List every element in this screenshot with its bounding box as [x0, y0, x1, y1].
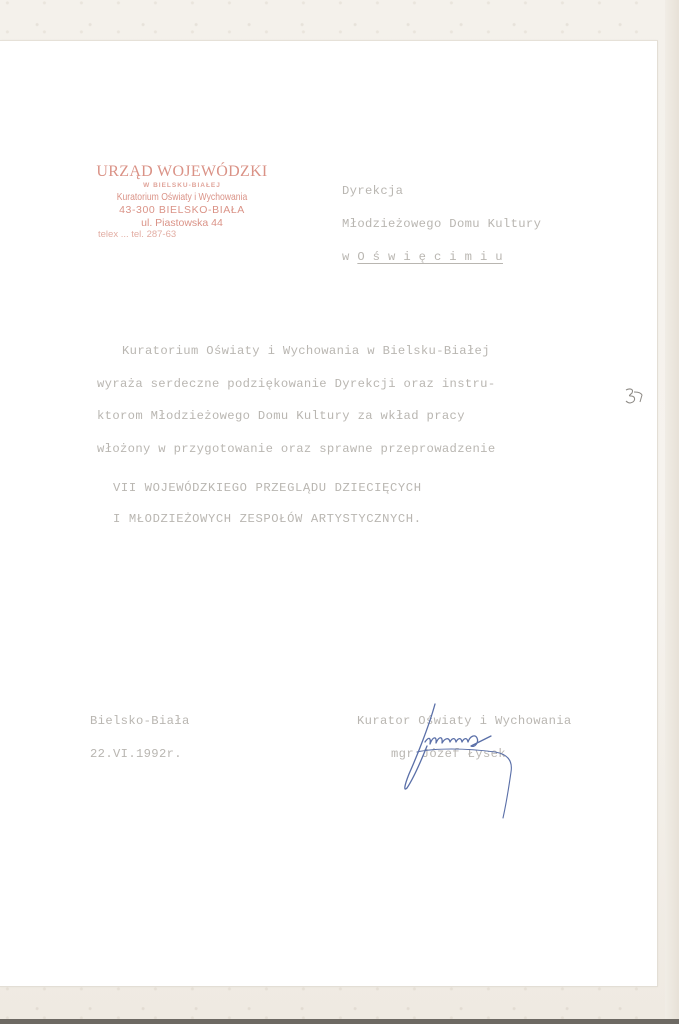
scanner-edge [665, 0, 679, 1024]
event-name-line-1: VII WOJEWÓDZKIEGO PRZEGLĄDU DZIECIĘCYCH [113, 481, 422, 495]
stamp-postcode-city: 43-300 BIELSKO-BIAŁA [92, 204, 272, 217]
place: Bielsko-Biała [90, 714, 190, 728]
addressee-line-1: Dyrekcja [342, 184, 403, 198]
body-line-1: Kuratorium Oświaty i Wychowania w Bielsk… [122, 344, 490, 358]
stamp-telex: telex ... tel. 287-63 [92, 229, 272, 241]
date: 22.VI.1992r. [90, 747, 182, 761]
body-line-3: ktorom Młodzieżowego Domu Kultury za wkł… [97, 409, 465, 423]
handwritten-signature [395, 696, 535, 826]
body-line-2: wyraża serdeczne podziękowanie Dyrekcji … [97, 377, 496, 391]
addressee-prefix: w [342, 250, 350, 264]
stamp-street: ul. Piastowska 44 [92, 217, 272, 229]
margin-note-mark [622, 386, 646, 408]
addressee-line-2: Młodzieżowego Domu Kultury [342, 217, 541, 231]
stamp-office-location: W BIELSKU-BIAŁEJ [92, 181, 272, 191]
stamp-department: Kuratorium Oświaty i Wychowania [108, 191, 256, 204]
body-line-4: włożony w przygotowanie oraz sprawne prz… [97, 442, 496, 456]
letter-page: URZĄD WOJEWÓDZKI W BIELSKU-BIAŁEJ Kurato… [0, 40, 658, 987]
addressee-city: O ś w i ę c i m i u [357, 250, 503, 264]
official-stamp: URZĄD WOJEWÓDZKI W BIELSKU-BIAŁEJ Kurato… [92, 163, 272, 241]
addressee-line-3: w O ś w i ę c i m i u [342, 250, 503, 264]
stamp-office-name: URZĄD WOJEWÓDZKI [92, 163, 272, 181]
scanner-bottom-edge [0, 1019, 679, 1024]
event-name-line-2: I MŁODZIEŻOWYCH ZESPOŁÓW ARTYSTYCZNYCH. [113, 512, 422, 526]
